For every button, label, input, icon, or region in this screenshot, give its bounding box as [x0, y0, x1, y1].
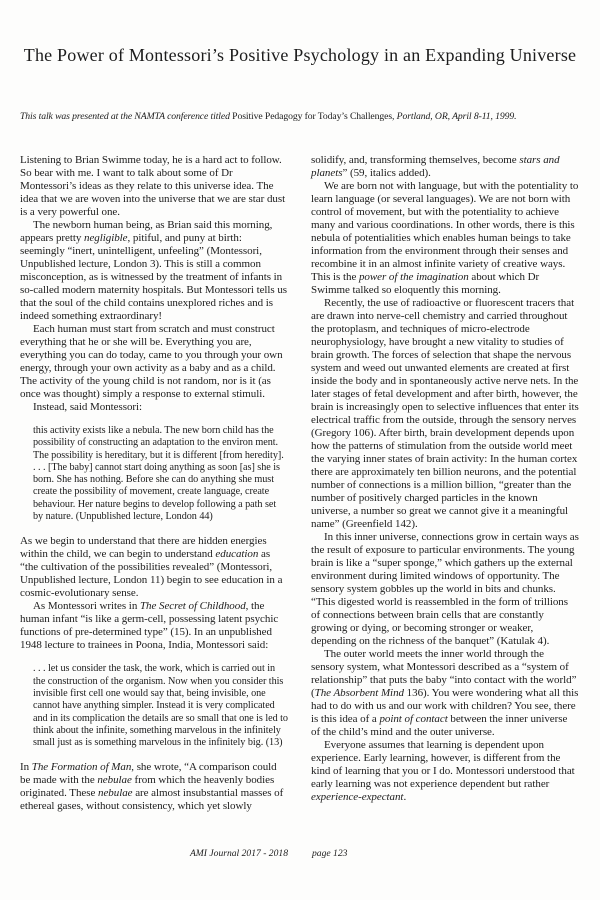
- paragraph: Everyone assumes that learning is depend…: [311, 739, 579, 804]
- italic-text: power of the imagination: [359, 271, 469, 283]
- article-subtitle: This talk was presented at the NAMTA con…: [20, 111, 516, 122]
- text-run: Everyone assumes that learning is depend…: [311, 739, 575, 790]
- paragraph: Listening to Brian Swimme today, he is a…: [20, 154, 288, 219]
- italic-text: The Formation of Man: [32, 761, 132, 773]
- text-run: As Montessori writes in: [33, 600, 140, 612]
- text-run: Listening to Brian Swimme today, he is a…: [20, 154, 285, 218]
- text-run: ” (59, italics added).: [342, 167, 430, 179]
- text-run: . . . let us consider the task, the work…: [33, 663, 288, 748]
- text-run: In this inner universe, connections grow…: [311, 531, 579, 647]
- text-run: Each human must start from scratch and m…: [20, 323, 283, 400]
- italic-text: The Secret of Childhood: [140, 600, 246, 612]
- paragraph: Each human must start from scratch and m…: [20, 323, 288, 401]
- paragraph: As Montessori writes in The Secret of Ch…: [20, 600, 288, 652]
- article-title: The Power of Montessori’s Positive Psych…: [0, 45, 600, 66]
- paragraph: Recently, the use of radioactive or fluo…: [311, 297, 579, 531]
- text-run: Positive Pedagogy for Today’s Challenges: [232, 111, 392, 122]
- italic-text: nebulae: [98, 787, 132, 799]
- left-column: Listening to Brian Swimme today, he is a…: [20, 154, 288, 813]
- article-body: Listening to Brian Swimme today, he is a…: [20, 154, 579, 813]
- paragraph: Instead, said Montessori:: [20, 401, 288, 414]
- block-quote: . . . let us consider the task, the work…: [33, 663, 288, 749]
- page-footer: AMI Journal 2017 - 2018 page 123: [20, 848, 580, 859]
- text-run: In: [20, 761, 32, 773]
- right-column: solidify, and, transforming themselves, …: [311, 154, 579, 813]
- paragraph: We are born not with language, but with …: [311, 180, 579, 297]
- page-number: page 123: [312, 848, 347, 859]
- paragraph: In this inner universe, connections grow…: [311, 531, 579, 648]
- italic-text: The Absorbent Mind: [315, 687, 404, 699]
- paragraph: The newborn human being, as Brian said t…: [20, 219, 288, 323]
- italic-text: negligible: [84, 232, 128, 244]
- paragraph: In The Formation of Man, she wrote, “A c…: [20, 761, 288, 813]
- text-run: Recently, the use of radioactive or fluo…: [311, 297, 579, 530]
- italic-text: point of contact: [379, 713, 447, 725]
- italic-text: , Portland, OR, April 8-11, 1999.: [392, 111, 516, 122]
- text-run: Instead, said Montessori:: [33, 401, 142, 413]
- paragraph: solidify, and, transforming themselves, …: [311, 154, 579, 180]
- paragraph: As we begin to understand that there are…: [20, 535, 288, 600]
- text-run: this activity exists like a nebula. The …: [33, 425, 284, 522]
- journal-page: The Power of Montessori’s Positive Psych…: [0, 0, 600, 900]
- block-quote: this activity exists like a nebula. The …: [33, 425, 288, 523]
- text-run: We are born not with language, but with …: [311, 180, 578, 283]
- italic-text: education: [215, 548, 258, 560]
- italic-text: nebulae: [97, 774, 131, 786]
- italic-text: experience-expectant: [311, 791, 403, 803]
- text-run: .: [403, 791, 406, 803]
- text-run: solidify, and, transforming themselves, …: [311, 154, 519, 166]
- paragraph: The outer world meets the inner world th…: [311, 648, 579, 739]
- text-run: , pitiful, and puny at birth: seemingly …: [20, 232, 287, 322]
- italic-text: This talk was presented at the NAMTA con…: [20, 111, 232, 122]
- journal-name: AMI Journal 2017 - 2018: [20, 848, 288, 859]
